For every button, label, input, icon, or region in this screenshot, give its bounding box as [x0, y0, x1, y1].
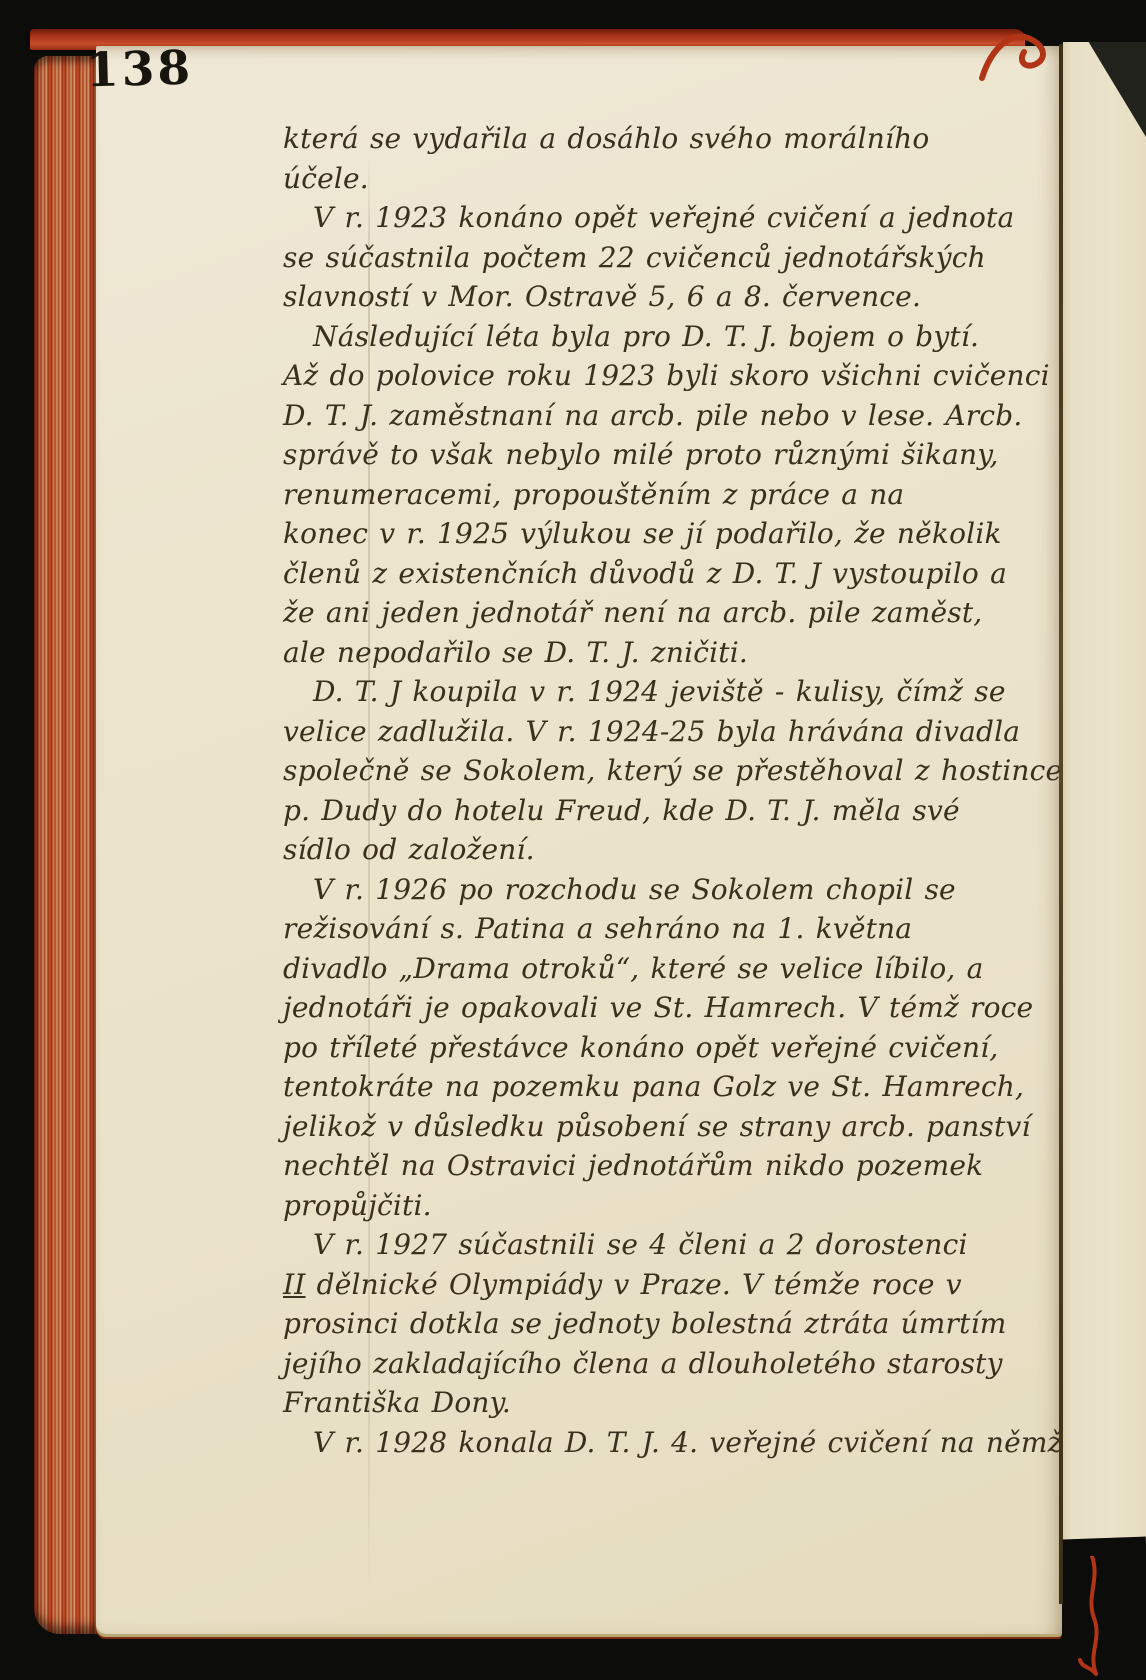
next-page-corner-shadow	[1076, 42, 1146, 137]
manuscript-line: V r. 1923 konáno opět veřejné cvičení a …	[283, 198, 1043, 238]
manuscript-line: slavností v Mor. Ostravě 5, 6 a 8. červe…	[283, 277, 1043, 317]
manuscript-line: společně se Sokolem, který se přestěhova…	[283, 751, 1043, 791]
manuscript-line: účele.	[283, 159, 1043, 199]
manuscript-line-text: konec v r. 1925 výlukou se jí podařilo, …	[283, 517, 1002, 550]
manuscript-line: divadlo „Drama otroků“, které se velice …	[283, 949, 1043, 989]
manuscript-line-text: jejího zakladajícího člena a dlouholetéh…	[283, 1347, 1003, 1380]
manuscript-line: Až do polovice roku 1923 byli skoro všic…	[283, 356, 1043, 396]
manuscript-line-text: prosinci dotkla se jednoty bolestná ztrá…	[283, 1307, 1007, 1340]
manuscript-line-text: že ani jeden jednotář není na arcb. pile…	[283, 596, 982, 629]
manuscript-line: Následující léta byla pro D. T. J. bojem…	[283, 317, 1043, 357]
manuscript-line-text: členů z existenčních důvodů z D. T. J vy…	[283, 557, 1007, 590]
manuscript-line: nechtěl na Ostravici jednotářům nikdo po…	[283, 1146, 1043, 1186]
manuscript-line: konec v r. 1925 výlukou se jí podařilo, …	[283, 514, 1043, 554]
red-thread-icon	[978, 28, 1054, 86]
manuscript-line-text: V r. 1923 konáno opět veřejné cvičení a …	[313, 201, 1014, 234]
manuscript-line-text: sídlo od založení.	[283, 833, 535, 866]
manuscript-line: V r. 1928 konala D. T. J. 4. veřejné cvi…	[283, 1423, 1043, 1463]
manuscript-line: po tříleté přestávce konáno opět veřejné…	[283, 1028, 1043, 1068]
manuscript-line-text: V r. 1928 konala D. T. J. 4. veřejné cvi…	[313, 1426, 1063, 1459]
manuscript-line: propůjčiti.	[283, 1186, 1043, 1226]
manuscript-line-text: p. Dudy do hotelu Freud, kde D. T. J. mě…	[283, 794, 960, 827]
manuscript-line-text: D. T. J koupila v r. 1924 jeviště - kuli…	[313, 675, 1006, 708]
manuscript-line: která se vydařila a dosáhlo svého moráln…	[283, 119, 1043, 159]
manuscript-line-text: účele.	[283, 162, 369, 195]
manuscript-line: Františka Dony.	[283, 1383, 1043, 1423]
manuscript-line: V r. 1927 súčastnili se 4 členi a 2 doro…	[283, 1225, 1043, 1265]
manuscript-line: ale nepodařilo se D. T. J. zničiti.	[283, 633, 1043, 673]
manuscript-line-text: D. T. J. zaměstnaní na arcb. pile nebo v…	[283, 399, 1022, 432]
manuscript-line-text: po tříleté přestávce konáno opět veřejné…	[283, 1031, 998, 1064]
manuscript-line: jelikož v důsledku působení se strany ar…	[283, 1107, 1043, 1147]
manuscript-line-text: V r. 1926 po rozchodu se Sokolem chopil …	[313, 873, 956, 906]
manuscript-line: jednotáři je opakovali ve St. Hamrech. V…	[283, 988, 1043, 1028]
manuscript-line-text: Následující léta byla pro D. T. J. bojem…	[313, 320, 979, 353]
manuscript-line-text: nechtěl na Ostravici jednotářům nikdo po…	[283, 1149, 983, 1182]
red-thread-bottom-icon	[1072, 1556, 1118, 1678]
next-page-bottom-shadow	[1063, 1537, 1146, 1554]
manuscript-line: II dělnické Olympiády v Praze. V témže r…	[283, 1265, 1043, 1305]
manuscript-line: režisování s. Patina a sehráno na 1. kvě…	[283, 909, 1043, 949]
manuscript-line-text: dělnické Olympiády v Praze. V témže roce…	[306, 1268, 962, 1301]
underlined-numeral: II	[283, 1268, 306, 1301]
manuscript-line-text: jednotáři je opakovali ve St. Hamrech. V…	[283, 991, 1033, 1024]
manuscript-line-text: která se vydařila a dosáhlo svého moráln…	[283, 122, 929, 155]
manuscript-line-text: divadlo „Drama otroků“, které se velice …	[283, 952, 984, 985]
manuscript-line: že ani jeden jednotář není na arcb. pile…	[283, 593, 1043, 633]
manuscript-line: sídlo od založení.	[283, 830, 1043, 870]
manuscript-line-text: se súčastnila počtem 22 cvičenců jednotá…	[283, 241, 986, 274]
manuscript-line: prosinci dotkla se jednoty bolestná ztrá…	[283, 1304, 1043, 1344]
manuscript-line-text: jelikož v důsledku působení se strany ar…	[283, 1110, 1031, 1143]
manuscript-line: p. Dudy do hotelu Freud, kde D. T. J. mě…	[283, 791, 1043, 831]
manuscript-line-text: společně se Sokolem, který se přestěhova…	[283, 754, 1062, 787]
manuscript-line-text: V r. 1927 súčastnili se 4 členi a 2 doro…	[313, 1228, 968, 1261]
handwritten-text-block: která se vydařila a dosáhlo svého moráln…	[283, 119, 1043, 1462]
manuscript-line-text: slavností v Mor. Ostravě 5, 6 a 8. červe…	[283, 280, 921, 313]
page-number: 138	[85, 45, 193, 95]
manuscript-line: se súčastnila počtem 22 cvičenců jednotá…	[283, 238, 1043, 278]
manuscript-line-text: ale nepodařilo se D. T. J. zničiti.	[283, 636, 748, 669]
manuscript-line-text: propůjčiti.	[283, 1189, 432, 1222]
manuscript-line-text: tentokráte na pozemku pana Golz ve St. H…	[283, 1070, 1024, 1103]
next-page-sliver	[1063, 42, 1146, 1544]
manuscript-line: D. T. J. zaměstnaní na arcb. pile nebo v…	[283, 396, 1043, 436]
manuscript-line-text: velice zadlužila. V r. 1924-25 byla hráv…	[283, 715, 1020, 748]
manuscript-line-text: Až do polovice roku 1923 byli skoro všic…	[283, 359, 1050, 392]
photograph-background: { "page": { "number": "138" }, "manuscri…	[0, 0, 1146, 1680]
manuscript-line: velice zadlužila. V r. 1924-25 byla hráv…	[283, 712, 1043, 752]
manuscript-line: D. T. J koupila v r. 1924 jeviště - kuli…	[283, 672, 1043, 712]
manuscript-line: tentokráte na pozemku pana Golz ve St. H…	[283, 1067, 1043, 1107]
manuscript-line-text: režisování s. Patina a sehráno na 1. kvě…	[283, 912, 912, 945]
manuscript-line: členů z existenčních důvodů z D. T. J vy…	[283, 554, 1043, 594]
manuscript-line: renumeracemi, propouštěním z práce a na	[283, 475, 1043, 515]
manuscript-line: V r. 1926 po rozchodu se Sokolem chopil …	[283, 870, 1043, 910]
manuscript-line: jejího zakladajícího člena a dlouholetéh…	[283, 1344, 1043, 1384]
manuscript-line-text: správě to však nebylo milé proto různými…	[283, 438, 999, 471]
manuscript-line: správě to však nebylo milé proto různými…	[283, 435, 1043, 475]
manuscript-line-text: Františka Dony.	[283, 1386, 511, 1419]
book-page-edges-left	[34, 56, 98, 1634]
manuscript-line-text: renumeracemi, propouštěním z práce a na	[283, 478, 904, 511]
